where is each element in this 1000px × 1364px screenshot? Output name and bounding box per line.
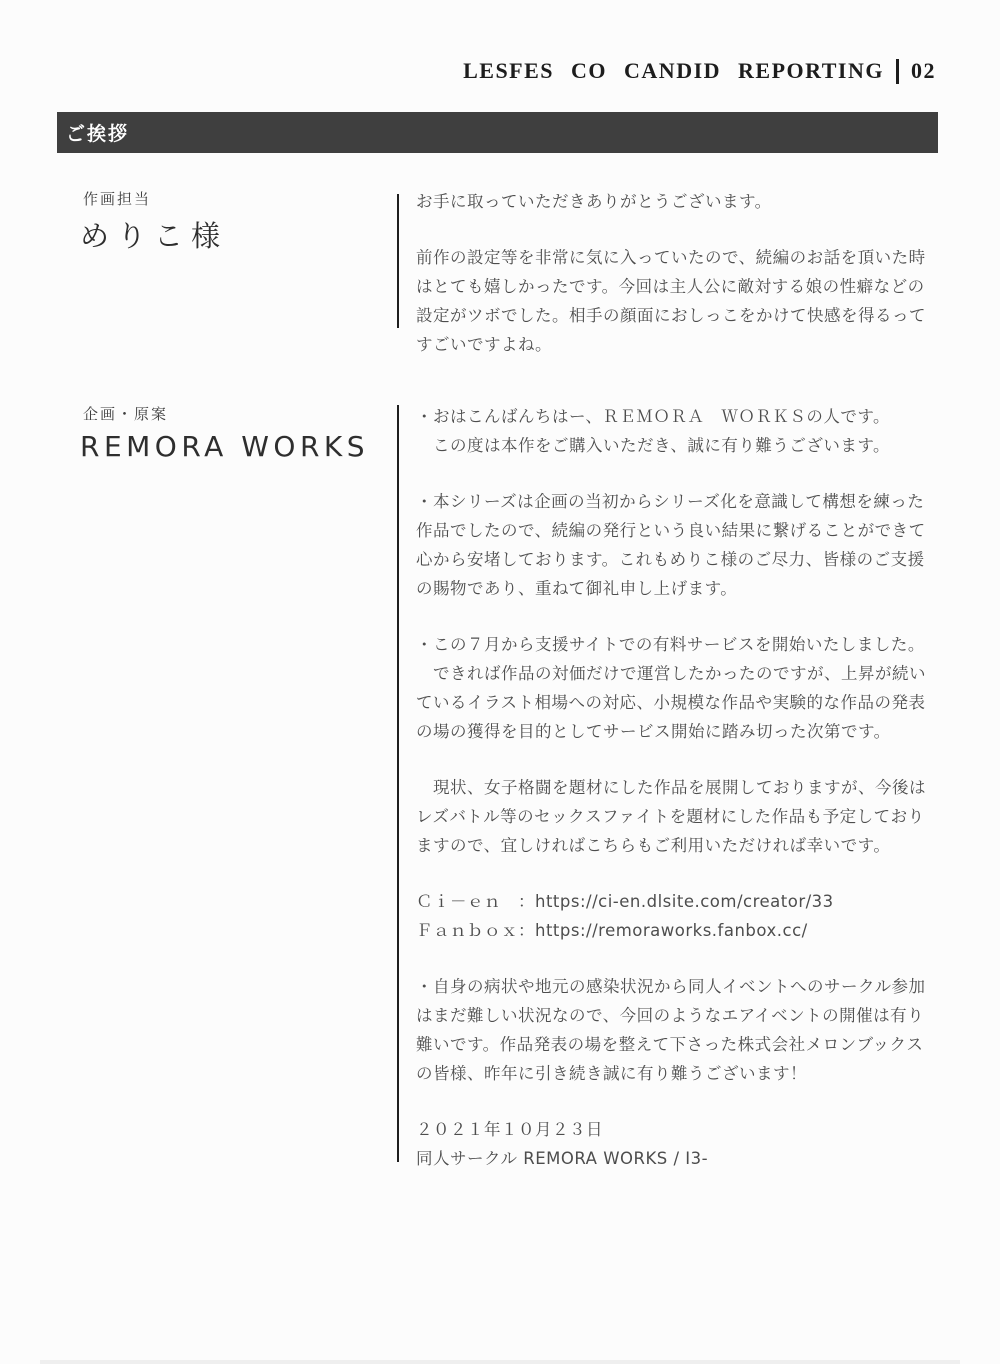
page-bottom-edge: [40, 1360, 960, 1364]
section-banner-greeting: ご挨拶: [57, 112, 938, 153]
circle-comment-column: ・おはこんばんちはー、ＲＥＭＯＲＡ ＷＯＲＫＳの人です。 この度は本作をご購入い…: [416, 402, 961, 1173]
header-separator-bar: [896, 59, 899, 84]
role-label-artist: 作画担当: [83, 188, 151, 209]
document-page: LESFES CO CANDID REPORTING 02 ご挨拶 作画担当 め…: [0, 0, 1000, 1364]
section-banner-label: ご挨拶: [66, 119, 129, 146]
paragraph: ・おはこんばんちはー、ＲＥＭＯＲＡ ＷＯＲＫＳの人です。 この度は本作をご購入い…: [416, 402, 961, 460]
paragraph: 前作の設定等を非常に気に入っていたので、続編のお話を頂いた時 はとても嬉しかった…: [416, 243, 961, 359]
role-label-planning: 企画・原案: [83, 403, 168, 424]
paragraph-signature: ２０２１年１０月２３日 同人サークル REMORA WORKS / I3-: [416, 1115, 961, 1173]
artist-comment-column: お手に取っていただきありがとうございます。 前作の設定等を非常に気に入っていたの…: [416, 187, 961, 359]
paragraph: ・自身の病状や地元の感染状況から同人イベントへのサークル参加 はまだ難しい状況な…: [416, 972, 961, 1088]
artist-name: めりこ様: [80, 214, 228, 255]
page-number: 02: [911, 58, 936, 84]
paragraph: 現状、女子格闘を題材にした作品を展開しておりますが、今後は レズバトル等のセック…: [416, 773, 961, 860]
paragraph: お手に取っていただきありがとうございます。: [416, 187, 961, 216]
column-divider: [397, 194, 399, 328]
paragraph: ・この７月から支援サイトでの有料サービスを開始いたしました。 できれば作品の対価…: [416, 630, 961, 746]
circle-name: REMORA WORKS: [80, 430, 369, 463]
column-divider: [397, 405, 399, 1162]
header-title: LESFES CO CANDID REPORTING: [463, 58, 884, 84]
paragraph: ・本シリーズは企画の当初からシリーズ化を意識して構想を練った 作品でしたので、続…: [416, 487, 961, 603]
page-header: LESFES CO CANDID REPORTING 02: [463, 58, 936, 84]
paragraph-links: Ｃｉ－ｅｎ ：https://ci-en.dlsite.com/creator/…: [416, 887, 961, 945]
